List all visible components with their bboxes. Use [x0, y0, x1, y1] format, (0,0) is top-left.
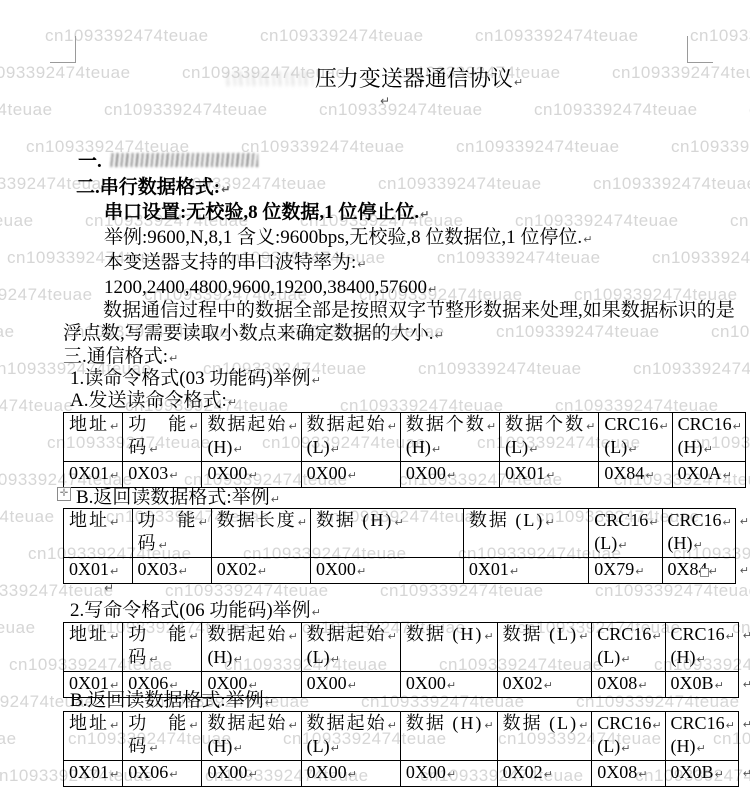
cell-mark: ↵ [585, 420, 595, 433]
header-text: 码 [128, 437, 148, 457]
heading-comm-format-text: 三.通信格式: [63, 346, 168, 367]
cell-mark: ↵ [543, 768, 553, 781]
header-text: 数据起始 [207, 624, 287, 644]
cell-mark: ↵ [198, 516, 208, 529]
cell-mark: ↵ [742, 678, 750, 691]
cell-mark: ↵ [637, 679, 647, 692]
table-header-cell: CRC16↵(H)↵ [672, 413, 745, 462]
table-header-cell: 数据 (H)↵ [310, 509, 463, 558]
cell-mark: ↵ [714, 768, 724, 781]
data-note-paragraph: 数据通信过程中的数据全部是按照双字节整形数据来处理,如果数据标识的是浮点数,写需… [63, 299, 735, 347]
header-text: 数据 (L) [469, 510, 544, 530]
table-data-cell: 0X01↵ [64, 558, 133, 584]
header-text: (L) [597, 736, 620, 756]
crop-mark-top-right-v [687, 36, 688, 63]
cell-mark: ↵ [486, 420, 496, 433]
paragraph-mark: ↵ [311, 374, 321, 387]
cell-mark: ↵ [330, 742, 340, 755]
header-text: 数据 (L) [503, 713, 578, 733]
header-text: CRC16 [594, 510, 648, 530]
cell-mark: ↵ [651, 630, 661, 643]
table-header-cell: 数据起始↵(L)↵ [301, 413, 400, 462]
cell-mark: ↵ [109, 768, 119, 781]
read-send-label-text: A.发送读命令格式: [70, 390, 227, 411]
header-text: 地址 [69, 624, 109, 644]
cell-mark: ↵ [148, 742, 158, 755]
header-text: (H) [406, 437, 431, 457]
header-text: (H) [678, 437, 703, 457]
header-text: CRC16 [671, 713, 725, 733]
table-header-cell: 地址↵ [64, 712, 123, 761]
cell-mark: ↵ [347, 469, 357, 482]
table-data-cell: 0X01↵ [463, 558, 588, 584]
cell-mark: ↵ [347, 679, 357, 692]
data-note-text: 数据通信过程中的数据全部是按照双字节整形数据来处理,如果数据标识的是浮点数,写需… [63, 300, 735, 344]
table-data-cell: 0X79↵ [589, 558, 662, 584]
header-text: (L) [604, 437, 627, 457]
table-data-cell: 0X03↵ [132, 558, 211, 584]
paragraph-mark: ↵ [220, 183, 230, 196]
header-text: CRC16 [668, 510, 722, 530]
cell-mark: ↵ [543, 679, 553, 692]
cell-value: 0X00 [316, 559, 356, 579]
header-text: (H) [671, 647, 696, 667]
cell-mark: ↵ [725, 719, 735, 732]
cell-mark: ↵ [148, 443, 158, 456]
write-return-frame-table: 地址↵功 能↵码↵数据起始↵(H)↵数据起始↵(L)↵数据 (H)↵数据 (L)… [63, 711, 750, 787]
cell-value: 0X0B [671, 673, 714, 693]
table-header-cell: 功 能↵码↵ [123, 623, 202, 672]
header-text: 功 能 [138, 510, 198, 530]
table-data-cell: 0X84↵ [599, 462, 672, 488]
header-text: 数据个数 [505, 414, 585, 434]
table-data-cell: 0X02↵ [211, 558, 310, 584]
cell-mark: ↵ [247, 768, 257, 781]
cell-mark: ↵ [287, 630, 297, 643]
header-text: 地址 [69, 713, 109, 733]
table-data-cell: 0X03↵ [123, 462, 202, 488]
read-return-frame-table: 地址↵功 能↵码↵数据长度↵数据 (H)↵数据 (L)↵CRC16↵(L)↵CR… [63, 508, 750, 584]
table-header-cell: CRC16↵(H)↵ [665, 712, 738, 761]
table-header-cell: 数据 (H)↵ [400, 623, 497, 672]
cell-mark: ↵ [188, 630, 198, 643]
paragraph-mark: ↵ [264, 696, 274, 709]
cell-value: 0X01 [69, 463, 109, 483]
write-send-table-container: 地址↵功 能↵码↵数据起始↵(H)↵数据起始↵(L)↵数据 (H)↵数据 (L)… [63, 622, 750, 698]
cell-mark: ↵ [168, 768, 178, 781]
cell-mark: ↵ [232, 443, 242, 456]
cell-mark: ↵ [446, 768, 456, 781]
cell-mark: ↵ [714, 679, 724, 692]
cell-mark: ↵ [483, 719, 493, 732]
read-send-frame-table: 地址↵功 能↵码↵数据起始↵(H)↵数据起始↵(L)↵数据个数↵(H)↵数据个数… [63, 412, 750, 488]
cell-value: 0X84 [604, 463, 644, 483]
cell-value: 0X08 [597, 762, 637, 782]
cell-mark: ↵ [693, 539, 703, 552]
table-data-cell: 0X08↵ [592, 672, 665, 698]
header-text: 数据起始 [207, 713, 287, 733]
baud-list-text: 1200,2400,4800,9600,19200,38400,57600 [104, 277, 427, 298]
table-data-cell: 0X00↵ [400, 672, 497, 698]
serial-setting-line: 串口设置:无校验,8 位数据,1 位停止位.↵ [104, 202, 429, 226]
table-header-cell: CRC16↵(L)↵ [589, 509, 662, 558]
section-one-scribbled: 一. [78, 151, 258, 173]
header-text: CRC16 [671, 624, 725, 644]
cell-mark: ↵ [431, 443, 441, 456]
write-return-label-text: B.返回读数据格式:举例 [70, 690, 264, 711]
header-text: 数据 (H) [316, 510, 394, 530]
cell-mark: ↵ [578, 630, 588, 643]
header-text: (L) [505, 437, 528, 457]
header-text: 地址 [69, 510, 109, 530]
table-data-cell: 0X84↵ [662, 558, 735, 584]
table-data-cell: 0X01↵ [64, 462, 123, 488]
cell-mark: ↵ [330, 443, 340, 456]
cell-value: 0X00 [307, 762, 347, 782]
cell-mark: ↵ [446, 469, 456, 482]
table-data-cell: 0X00↵ [202, 761, 301, 787]
header-text: 功 能 [128, 713, 188, 733]
cell-mark: ↵ [703, 443, 713, 456]
table-header-cell: 功 能↵码↵ [123, 712, 202, 761]
cell-mark: ↵ [742, 767, 750, 780]
paragraph-mark: ↵ [427, 283, 437, 296]
document-title: 压力变送器通信协议↵ [0, 62, 750, 93]
table-data-cell: 0X00↵ [202, 462, 301, 488]
read-cmd-title: 1.读命令格式(03 功能码)举例↵ [70, 368, 321, 392]
paragraph-mark: ↵ [419, 208, 429, 221]
cell-mark: ↵ [739, 564, 749, 577]
redacted-brand-smudge [227, 71, 313, 86]
cell-mark: ↵ [696, 653, 706, 666]
header-text: 数据个数 [406, 414, 486, 434]
paragraph-mark: ↵ [168, 352, 178, 365]
cell-mark: ↵ [545, 469, 555, 482]
cell-mark: ↵ [393, 516, 403, 529]
header-text: CRC16 [597, 624, 651, 644]
paragraph-mark: ↵ [513, 76, 523, 89]
header-text: 数据起始 [207, 414, 287, 434]
paragraph-mark: ↵ [311, 606, 321, 619]
cell-mark: ↵ [168, 469, 178, 482]
document-page: cn1093392474teuaecn1093392474teuaecn1093… [0, 0, 750, 791]
header-text: (H) [668, 533, 693, 553]
table-header-cell: 数据起始↵(L)↵ [301, 623, 400, 672]
table-header-cell: 数据起始↵(H)↵ [202, 413, 301, 462]
table-header-cell: 数据长度↵ [211, 509, 310, 558]
cell-mark: ↵ [634, 565, 644, 578]
crop-mark-top-left-v [75, 36, 76, 63]
cell-mark: ↵ [188, 719, 198, 732]
cell-value: 0X08 [597, 673, 637, 693]
cell-value: 0X01 [505, 463, 545, 483]
table-header-cell: 数据 (L)↵ [497, 712, 592, 761]
cell-mark: ↵ [109, 719, 119, 732]
paragraph-mark: ↵ [104, 581, 114, 595]
cell-value: 0X00 [406, 463, 446, 483]
cell-mark: ↵ [742, 718, 750, 731]
read-send-table-container: 地址↵功 能↵码↵数据起始↵(H)↵数据起始↵(L)↵数据个数↵(H)↵数据个数… [63, 412, 750, 488]
write-send-frame-table: 地址↵功 能↵码↵数据起始↵(H)↵数据起始↵(L)↵数据 (H)↵数据 (L)… [63, 622, 750, 698]
table-data-cell: 0X01↵ [64, 761, 123, 787]
write-cmd-title: 2.写命令格式(06 功能码)举例↵ [70, 600, 321, 624]
table-header-cell: 数据起始↵(L)↵ [301, 712, 400, 761]
cell-mark: ↵ [109, 516, 119, 529]
cell-mark: ↵ [732, 420, 742, 433]
cell-value: 0X00 [207, 463, 247, 483]
header-text: 数据 (H) [406, 713, 484, 733]
write-cmd-title-text: 2.写命令格式(06 功能码)举例 [70, 600, 311, 621]
cell-mark: ↵ [722, 469, 732, 482]
baud-intro-text: 本变送器支持的串口波特率为: [104, 252, 356, 273]
table-data-cell: 0X0B↵ [665, 672, 738, 698]
cell-value: 0X00 [406, 673, 446, 693]
header-text: 数据起始 [307, 414, 387, 434]
header-text: CRC16 [597, 713, 651, 733]
cell-mark: ↵ [387, 719, 397, 732]
cell-mark: ↵ [232, 653, 242, 666]
read-return-table-container: 地址↵功 能↵码↵数据长度↵数据 (H)↵数据 (L)↵CRC16↵(L)↵CR… [63, 508, 750, 584]
cell-mark: ↵ [658, 420, 668, 433]
header-text: 数据 (H) [406, 624, 484, 644]
paragraph-mark: ↵ [270, 493, 280, 506]
cell-value: 0X02 [217, 559, 257, 579]
table-data-cell: 0X06↵ [123, 761, 202, 787]
cell-mark: ↵ [387, 630, 397, 643]
table-resize-handle[interactable] [700, 568, 709, 577]
baud-list-line: 1200,2400,4800,9600,19200,38400,57600↵ [104, 277, 437, 301]
cell-mark: ↵ [739, 515, 749, 528]
header-text: 功 能 [128, 414, 188, 434]
cell-mark: ↵ [330, 653, 340, 666]
cell-mark: ↵ [620, 742, 630, 755]
serial-example-line: 举例:9600,N,8,1 含义:9600bps,无校验,8 位数据位,1 位停… [104, 227, 592, 251]
table-header-cell: 数据起始↵(H)↵ [202, 712, 301, 761]
serial-setting-text: 串口设置:无校验,8 位数据,1 位停止位. [104, 202, 419, 223]
table-header-cell: CRC16↵(H)↵ [665, 623, 738, 672]
table-header-cell: 数据 (L)↵ [463, 509, 588, 558]
table-header-cell: 数据个数↵(L)↵ [500, 413, 599, 462]
write-return-table-container: 地址↵功 能↵码↵数据起始↵(H)↵数据起始↵(L)↵数据 (H)↵数据 (L)… [63, 711, 750, 787]
table-data-cell: 0X02↵ [497, 761, 592, 787]
header-text: 数据起始 [307, 713, 387, 733]
cell-value: 0X00 [406, 762, 446, 782]
header-text: (L) [594, 533, 617, 553]
table-header-cell: 地址↵ [64, 413, 123, 462]
heading-serial-format-text: 二.串行数据格式: [76, 177, 220, 198]
paragraph-mark: ↵ [434, 329, 444, 342]
header-text: 码 [128, 736, 148, 756]
cell-mark: ↵ [651, 719, 661, 732]
table-data-cell: 0X00↵ [301, 672, 400, 698]
cell-mark: ↵ [257, 565, 267, 578]
table-header-cell: 数据起始↵(H)↵ [202, 623, 301, 672]
cell-mark: ↵ [297, 516, 307, 529]
cell-mark: ↵ [528, 443, 538, 456]
table-data-cell: 0X0A↵ [672, 462, 745, 488]
table-data-cell: 0X00↵ [301, 761, 400, 787]
header-text: 功 能 [128, 624, 188, 644]
cell-mark: ↵ [387, 420, 397, 433]
table-header-cell: 功 能↵码↵ [132, 509, 211, 558]
header-text: (H) [207, 736, 232, 756]
cell-mark: ↵ [617, 539, 627, 552]
cell-mark: ↵ [347, 768, 357, 781]
header-text: (H) [671, 736, 696, 756]
cell-mark: ↵ [109, 420, 119, 433]
scribbled-redaction [110, 153, 258, 167]
cell-value: 0X0B [671, 762, 714, 782]
table-header-cell: 功 能↵码↵ [123, 413, 202, 462]
cell-value: 0X02 [503, 762, 543, 782]
cell-value: 0X79 [594, 559, 634, 579]
cell-value: 0X0A [678, 463, 722, 483]
document-content: 压力变送器通信协议↵ ↵ 一. 二.串行数据格式:↵ 串口设置:无校验,8 位数… [0, 0, 750, 791]
cell-mark: ↵ [578, 719, 588, 732]
table-data-cell: 0X00↵ [400, 462, 499, 488]
header-text: 数据长度 [217, 510, 297, 530]
cell-mark: ↵ [722, 516, 732, 529]
cell-mark: ↵ [287, 420, 297, 433]
heading-comm-format: 三.通信格式:↵ [63, 346, 178, 370]
cell-mark: ↵ [178, 565, 188, 578]
baud-intro-line: 本变送器支持的串口波特率为:↵ [104, 252, 367, 276]
table-header-cell: 地址↵ [64, 509, 133, 558]
paragraph-mark: ↵ [582, 233, 592, 246]
cell-mark: ↵ [109, 469, 119, 482]
header-text: (L) [307, 647, 330, 667]
cell-mark: ↵ [356, 565, 366, 578]
table-data-cell: 0X01↵ [500, 462, 599, 488]
cell-value: 0X01 [469, 559, 509, 579]
header-text: 数据起始 [307, 624, 387, 644]
cell-mark: ↵ [483, 630, 493, 643]
cell-mark: ↵ [644, 469, 654, 482]
table-header-cell: CRC16↵(L)↵ [599, 413, 672, 462]
table-header-cell: CRC16↵(L)↵ [592, 623, 665, 672]
table-header-cell: 地址↵ [64, 623, 123, 672]
cell-mark: ↵ [742, 629, 750, 642]
header-text: 地址 [69, 414, 109, 434]
heading-serial-format: 二.串行数据格式:↵ [76, 177, 230, 201]
table-header-cell: 数据 (L)↵ [497, 623, 592, 672]
table-data-cell: 0X08↵ [592, 761, 665, 787]
cell-mark: ↵ [232, 742, 242, 755]
header-text: 码 [138, 533, 158, 553]
cell-value: 0X01 [69, 762, 109, 782]
header-text: 码 [128, 647, 148, 667]
paragraph-mark: ↵ [227, 396, 237, 409]
header-text: (L) [307, 736, 330, 756]
cell-mark: ↵ [696, 742, 706, 755]
cell-mark: ↵ [287, 719, 297, 732]
header-text: (H) [207, 647, 232, 667]
header-text: (L) [307, 437, 330, 457]
cell-value: 0X03 [128, 463, 168, 483]
paragraph-mark: ↵ [356, 258, 366, 271]
read-cmd-title-text: 1.读命令格式(03 功能码)举例 [70, 368, 311, 389]
cell-mark: ↵ [247, 469, 257, 482]
read-return-label-text: B.返回读数据格式:举例 [76, 487, 270, 508]
cell-value: 0X03 [138, 559, 178, 579]
cell-value: 0X00 [307, 673, 347, 693]
section-one-number: 一. [78, 151, 102, 172]
cell-mark: ↵ [637, 768, 647, 781]
read-send-label: A.发送读命令格式:↵ [70, 390, 237, 414]
cell-mark: ↵ [620, 653, 630, 666]
table-header-cell: 数据 (H)↵ [400, 712, 497, 761]
table-data-cell: 0X00↵ [310, 558, 463, 584]
cell-value: 0X00 [207, 762, 247, 782]
cell-mark: ↵ [627, 443, 637, 456]
table-header-cell: 数据个数↵(H)↵ [400, 413, 499, 462]
table-data-cell: 0X02↵ [497, 672, 592, 698]
cell-value: 0X02 [503, 673, 543, 693]
cell-value: 0X01 [69, 559, 109, 579]
cell-mark: ↵ [446, 679, 456, 692]
table-move-anchor-icon[interactable]: ✛ [57, 487, 71, 501]
table-header-cell: CRC16↵(L)↵ [592, 712, 665, 761]
cell-mark: ↵ [158, 539, 168, 552]
table-data-cell: 0X0B↵ [665, 761, 738, 787]
serial-example-text: 举例:9600,N,8,1 含义:9600bps,无校验,8 位数据位,1 位停… [104, 227, 582, 248]
cell-value: 0X00 [307, 463, 347, 483]
cell-mark: ↵ [725, 630, 735, 643]
header-text: (L) [597, 647, 620, 667]
cell-mark: ↵ [148, 653, 158, 666]
cell-mark: ↵ [509, 565, 519, 578]
header-text: CRC16 [604, 414, 658, 434]
table-header-cell: CRC16↵(H)↵ [662, 509, 735, 558]
cell-mark: ↵ [109, 565, 119, 578]
cell-mark: ↵ [544, 516, 554, 529]
table-data-cell: 0X00↵ [301, 462, 400, 488]
table-data-cell: 0X00↵ [400, 761, 497, 787]
cell-mark: ↵ [109, 630, 119, 643]
header-text: CRC16 [678, 414, 732, 434]
header-text: (H) [207, 437, 232, 457]
cell-mark: ↵ [648, 516, 658, 529]
header-text: 数据 (L) [503, 624, 578, 644]
cell-value: 0X06 [128, 762, 168, 782]
title-text: 压力变送器通信协议 [315, 66, 513, 91]
paragraph-mark: ↵ [380, 94, 390, 108]
cell-mark: ↵ [708, 565, 718, 578]
cell-mark: ↵ [188, 420, 198, 433]
